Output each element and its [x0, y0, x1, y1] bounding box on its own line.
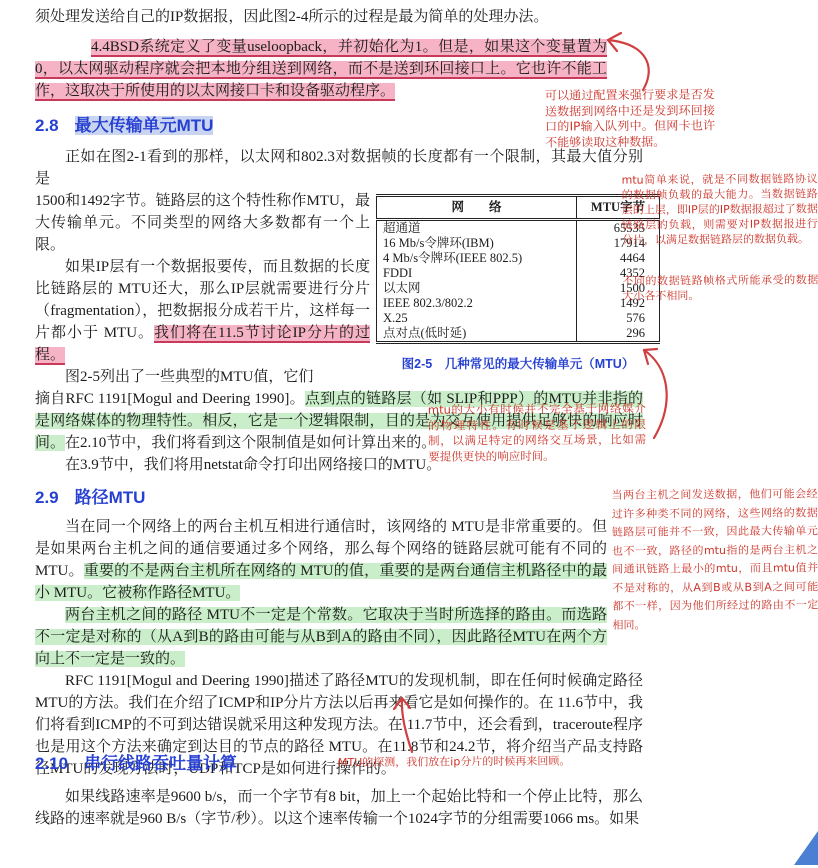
s28-p4-text: 在3.9节中，我们将用netstat命令打印出网络接口的MTU。	[65, 457, 441, 473]
mtu-table: 网 络 MTU字节 超通道65535 16 Mb/s令牌环(IBM)17914 …	[376, 194, 660, 344]
section-2-9-number: 2.9	[35, 488, 59, 507]
s29-p2-highlight: 两台主机之间的路径 MTU不一定是个常数。它取决于当时所选择的路由。而选路不一定…	[35, 607, 607, 667]
annotation-mtu-logic: mtu的大小有时候并不完全基于网络媒介的物理特性。有时候是基于逻辑上的限制，以满…	[428, 401, 646, 465]
s210-p1-text: 如果线路速率是9600 b/s，而一个字节有8 bit，加上一个起始比特和一个停…	[35, 789, 643, 827]
s28-paragraph-2: 如果IP层有一个数据报要传，而且数据的长度比链路层的 MTU还大，那么IP层就需…	[35, 256, 370, 366]
mtu-cell: 576	[577, 311, 660, 326]
annotation-mtu-probe: MTU的探测，我们放在ip分片的时候再来回顾。	[338, 754, 658, 770]
s28-p3-start-text: 图2-5列出了一些典型的MTU值，它们	[65, 369, 313, 385]
s29-paragraph-1: 当在同一个网络上的两台主机互相进行通信时，该网络的 MTU是非常重要的。但是如果…	[35, 516, 607, 604]
corner-pen-mark	[794, 831, 818, 865]
network-cell: 以太网	[377, 281, 577, 296]
network-cell: FDDI	[377, 266, 577, 281]
s28-p1-line1-text: 正如在图2-1看到的那样，以太网和802.3对数据帧的长度都有一个限制，其最大值…	[35, 149, 643, 187]
network-cell: 16 Mb/s令牌环(IBM)	[377, 236, 577, 251]
section-2-8-number: 2.8	[35, 116, 59, 135]
s210-paragraph-1: 如果线路速率是9600 b/s，而一个字节有8 bit，加上一个起始比特和一个停…	[35, 786, 643, 830]
network-cell: 点对点(低时延)	[377, 326, 577, 343]
figure-caption: 图2-5 几种常见的最大传输单元（MTU）	[376, 356, 660, 372]
table-row: IEEE 802.3/802.21492	[377, 296, 660, 311]
curved-arrow-up-icon	[588, 28, 658, 93]
section-2-10-title: 串行线路吞吐量计算	[84, 754, 237, 773]
table-row: 16 Mb/s令牌环(IBM)17914	[377, 236, 660, 251]
table-row: 以太网1500	[377, 281, 660, 296]
bsd-note: 4.4BSD系统定义了变量useloopback，并初始化为1。但是，如果这个变…	[35, 36, 607, 102]
section-2-10-number: 2.10	[35, 754, 68, 773]
book-page: 须处理发送给自己的IP数据报，因此图2-4所示的过程是最为简单的处理办法。 4.…	[0, 0, 818, 868]
s29-p1-highlight: 重要的不是两台主机所在网络的 MTU的值，重要的是两台通信主机路径中的最小 MT…	[35, 563, 607, 601]
s28-p3-a-text: 摘自RFC 1191[Mogul and Deering 1990]。	[35, 391, 305, 407]
curved-arrow-up-icon	[630, 342, 674, 442]
network-cell: IEEE 802.3/802.2	[377, 296, 577, 311]
section-2-8-title: 最大传输单元MTU	[75, 116, 214, 135]
annotation-loopback: 可以通过配置来强行要求是否发送数据到网络中还是发到环回接口的IP输入队列中。但网…	[545, 87, 715, 150]
intro-text: 须处理发送给自己的IP数据报，因此图2-4所示的过程是最为简单的处理办法。	[35, 9, 548, 25]
s28-p1-rest-text: 1500和1492字节。链路层的这个特性称作MTU，最大传输单元。不同类型的网络…	[35, 193, 370, 253]
s28-paragraph-1-rest: 1500和1492字节。链路层的这个特性称作MTU，最大传输单元。不同类型的网络…	[35, 190, 370, 256]
table-row: 点对点(低时延)296	[377, 326, 660, 343]
figure-2-5: 网 络 MTU字节 超通道65535 16 Mb/s令牌环(IBM)17914 …	[376, 194, 660, 372]
section-2-9-heading: 2.9路径MTU	[35, 486, 643, 510]
annotation-mtu-definition-text: mtu简单来说，就是不同数据链路协议的数据帧负载的最大能力。当数据链路层的上层，…	[622, 171, 818, 247]
annotation-frame-sizes: 不同的数据链路帧格式所能承受的数据大小各不相同。	[622, 272, 818, 303]
s28-paragraph-1-line1: 正如在图2-1看到的那样，以太网和802.3对数据帧的长度都有一个限制，其最大值…	[35, 146, 643, 190]
table-header-network: 网 络	[377, 196, 577, 220]
two-column-area: 1500和1492字节。链路层的这个特性称作MTU，最大传输单元。不同类型的网络…	[35, 190, 643, 388]
bsd-note-highlight: 4.4BSD系统定义了变量useloopback，并初始化为1。但是，如果这个变…	[35, 39, 607, 99]
annotation-path-mtu: 当两台主机之间发送数据，他们可能会经过许多种类不同的网络，这些网络的数据链路层可…	[611, 485, 818, 634]
straight-arrow-up-icon	[388, 692, 424, 756]
table-row: 超通道65535	[377, 220, 660, 237]
table-row: X.25576	[377, 311, 660, 326]
s28-paragraph-3-start: 图2-5列出了一些典型的MTU值，它们	[35, 366, 370, 388]
intro-paragraph: 须处理发送给自己的IP数据报，因此图2-4所示的过程是最为简单的处理办法。	[35, 6, 643, 28]
table-row: 4 Mb/s令牌环(IEEE 802.5)4464	[377, 251, 660, 266]
s28-p3-b-text: 在2.10节中，我们将看到这个限制值是如何计算出来的。	[65, 435, 436, 451]
annotation-mtu-definition: mtu简单来说，就是不同数据链路协议的数据帧负载的最大能力。当数据链路层的上层，…	[622, 171, 818, 303]
table-row: FDDI4352	[377, 266, 660, 281]
table-header-row: 网 络 MTU字节	[377, 196, 660, 220]
network-cell: X.25	[377, 311, 577, 326]
s29-paragraph-2: 两台主机之间的路径 MTU不一定是个常数。它取决于当时所选择的路由。而选路不一定…	[35, 604, 607, 670]
left-text-column: 1500和1492字节。链路层的这个特性称作MTU，最大传输单元。不同类型的网络…	[35, 190, 370, 388]
section-2-9-title: 路径MTU	[75, 488, 146, 507]
network-cell: 4 Mb/s令牌环(IEEE 802.5)	[377, 251, 577, 266]
network-cell: 超通道	[377, 220, 577, 237]
mtu-cell: 296	[577, 326, 660, 343]
